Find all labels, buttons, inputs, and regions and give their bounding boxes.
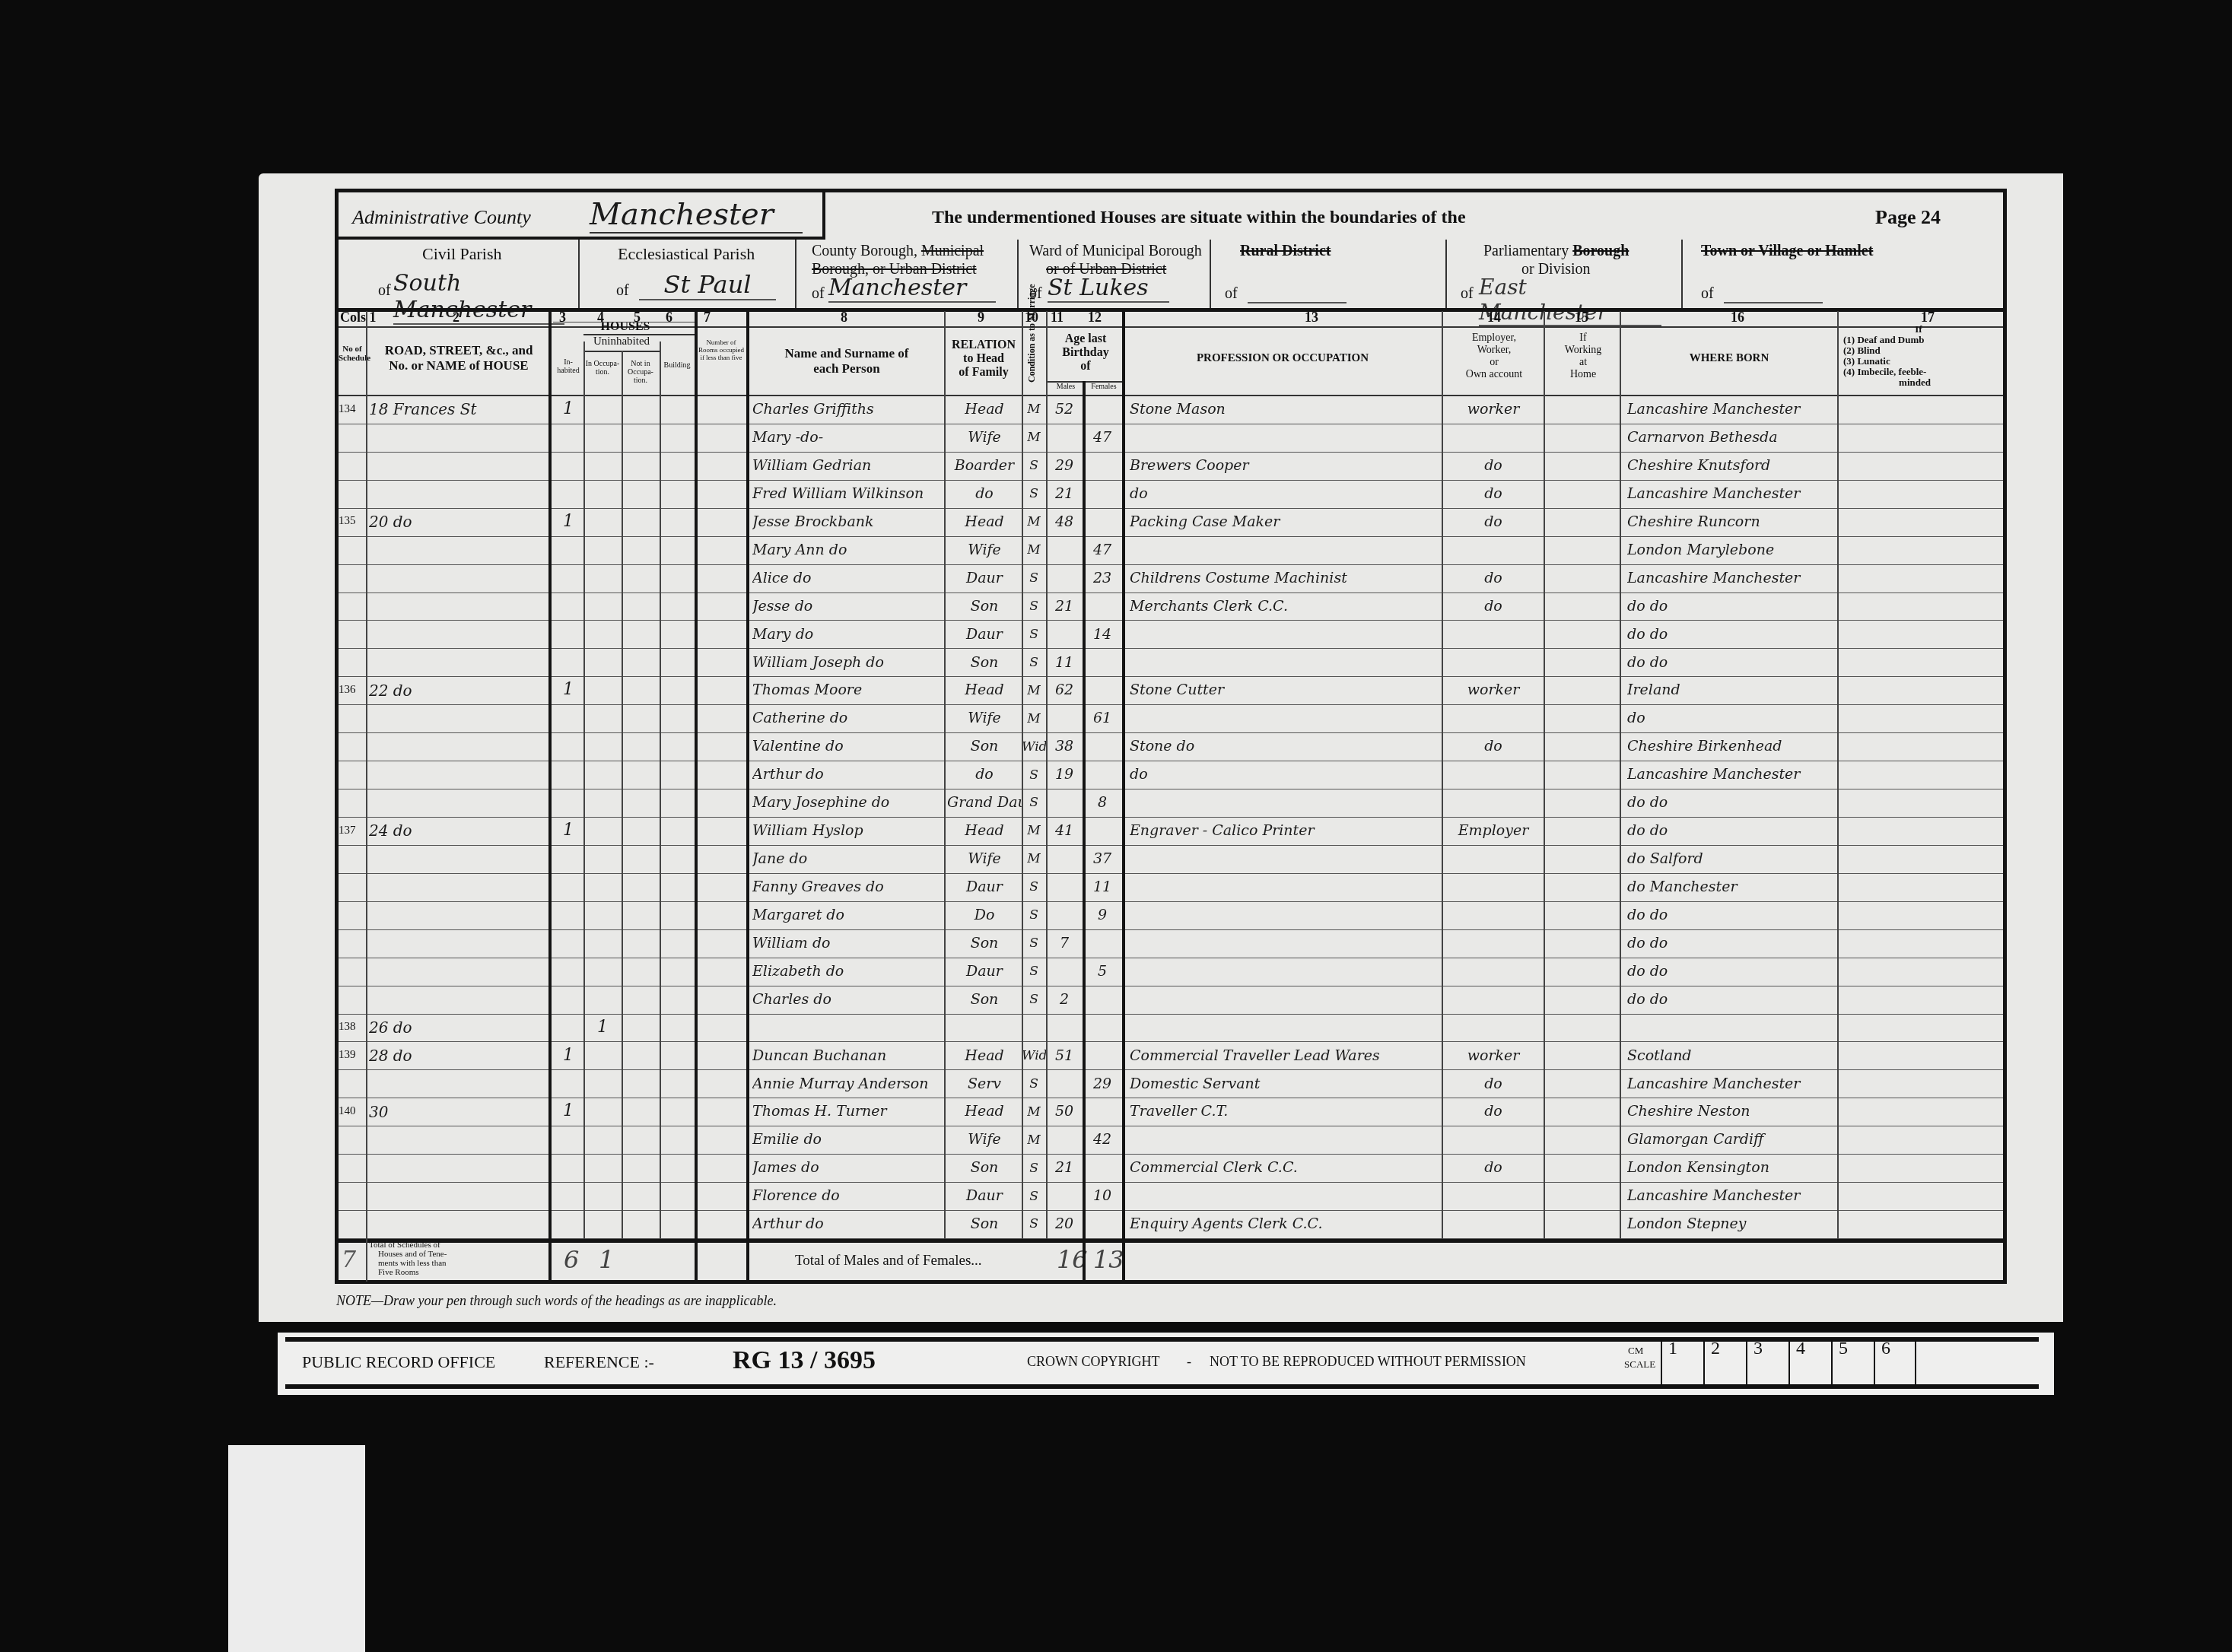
ward-field: Ward of Municipal Borough or of Urban Di… xyxy=(1016,240,1211,308)
table-row: Elizabeth doDaurS5do do xyxy=(339,958,2003,986)
table-row: Annie Murray AndersonServS29Domestic Ser… xyxy=(339,1070,2003,1098)
cell-born: do do xyxy=(1627,598,1837,615)
parliamentary-label: Parliamentary Borough xyxy=(1483,243,1629,260)
cell-name: Mary do xyxy=(752,626,944,643)
cell-born: Lancashire Manchester xyxy=(1627,1187,1837,1204)
admin-county-box: Administrative County Manchester xyxy=(339,192,825,240)
col-number: 11 xyxy=(1051,310,1064,326)
banner-notice: NOT TO BE REPRODUCED WITHOUT PERMISSION xyxy=(1210,1354,1526,1370)
table-row: Florence doDaurS10Lancashire Manchester xyxy=(339,1183,2003,1211)
cell-schedule: 134 xyxy=(339,403,366,416)
cell-relation: Son xyxy=(947,1159,1022,1176)
cell-employer: Employer xyxy=(1443,822,1544,839)
cell-relation: Son xyxy=(947,738,1022,755)
cell-female-age: 42 xyxy=(1083,1131,1122,1148)
header-relation-3: of Family xyxy=(946,366,1022,380)
cell-relation: Do xyxy=(947,907,1022,923)
table-row: Jesse doSonS21Merchants Clerk C.C.dodo d… xyxy=(339,593,2003,621)
col-number: 8 xyxy=(841,310,847,326)
cell-condition: S xyxy=(1022,907,1046,923)
cell-name: Duncan Buchanan xyxy=(752,1047,944,1064)
column-line xyxy=(1442,311,1443,1239)
header-age-3: of xyxy=(1048,360,1124,373)
table-row: James doSonS21Commercial Clerk C.C.doLon… xyxy=(339,1155,2003,1183)
cell-address: 24 do xyxy=(369,821,548,840)
cell-occupation: Commercial Clerk C.C. xyxy=(1130,1159,1442,1176)
scale-mark: 1 xyxy=(1661,1339,1703,1389)
cell-born: do Manchester xyxy=(1627,878,1837,895)
cell-condition: M xyxy=(1022,402,1046,417)
cell-name: Jesse do xyxy=(752,598,944,615)
cell-condition: S xyxy=(1022,599,1046,614)
cell-occupation: Traveller C.T. xyxy=(1130,1103,1442,1120)
cell-name: Fred William Wilkinson xyxy=(752,485,944,502)
census-form: Administrative County Manchester The und… xyxy=(335,189,2007,1284)
cell-occupation: Stone Cutter xyxy=(1130,681,1442,698)
cell-relation: Wife xyxy=(947,542,1022,558)
county-borough-prefix: of xyxy=(812,285,825,303)
scale-label: CM xyxy=(1628,1345,1643,1357)
cell-occupation: Brewers Cooper xyxy=(1130,457,1442,474)
header-in-occupation: In Occupa-tion. xyxy=(583,360,622,376)
table-row: Alice doDaurS23Childrens Costume Machini… xyxy=(339,565,2003,593)
column-line xyxy=(695,311,698,1282)
column-line xyxy=(944,311,946,1239)
table-row: William Joseph doSonS11do do xyxy=(339,649,2003,677)
column-line xyxy=(1620,311,1621,1239)
header-home: If xyxy=(1545,332,1621,345)
cell-occupation: do xyxy=(1130,485,1442,502)
table-row: Jane doWifeM37do Salford xyxy=(339,846,2003,874)
cell-name: Emilie do xyxy=(752,1131,944,1148)
rural-district-line xyxy=(1248,302,1347,303)
cell-name: Charles do xyxy=(752,991,944,1008)
header-condition: Condition as to Marriage xyxy=(1026,322,1038,383)
cell-inhabited: 1 xyxy=(553,680,583,699)
cell-occupation: Stone Mason xyxy=(1130,401,1442,418)
cell-born: Lancashire Manchester xyxy=(1627,570,1837,586)
header-employer-2: Worker, xyxy=(1443,345,1545,357)
cell-condition: S xyxy=(1022,1189,1046,1204)
header-name-2: each Person xyxy=(749,361,944,376)
cell-relation: Head xyxy=(947,822,1022,839)
cell-schedule: 139 xyxy=(339,1049,366,1062)
cell-condition: M xyxy=(1022,1104,1046,1120)
header-road: ROAD, STREET, &c., and xyxy=(369,343,548,358)
cell-relation: Son xyxy=(947,935,1022,951)
cell-male-age: 21 xyxy=(1046,1159,1083,1176)
column-line xyxy=(622,351,623,1239)
census-page: Administrative County Manchester The und… xyxy=(259,173,2063,1322)
cell-condition: S xyxy=(1022,795,1046,810)
cell-male-age: 51 xyxy=(1046,1047,1083,1064)
cell-condition: S xyxy=(1022,767,1046,783)
cell-occupation: do xyxy=(1130,766,1442,783)
cell-inhabited: 1 xyxy=(553,399,583,418)
cell-relation: Wife xyxy=(947,429,1022,446)
table-row: Margaret doDoS9do do xyxy=(339,902,2003,930)
town-line xyxy=(1724,302,1823,303)
cell-occupation: Engraver - Calico Printer xyxy=(1130,822,1442,839)
table-row: William doSonS7do do xyxy=(339,930,2003,958)
divider xyxy=(1048,381,1124,383)
table-row: Mary Josephine doGrand DaurS8do do xyxy=(339,789,2003,818)
totals-inhabited: 6 xyxy=(564,1245,579,1274)
cell-relation: Son xyxy=(947,654,1022,671)
district-row: Civil Parish of South Manchester Ecclesi… xyxy=(339,240,2003,308)
cell-relation: Wife xyxy=(947,1131,1022,1148)
cell-name: Thomas H. Turner xyxy=(752,1103,944,1120)
cell-born: do Salford xyxy=(1627,850,1837,867)
cell-employer: do xyxy=(1443,457,1544,474)
cell-born: Lancashire Manchester xyxy=(1627,766,1837,783)
cell-condition: S xyxy=(1022,936,1046,951)
cell-name: Elizabeth do xyxy=(752,963,944,980)
header-males: Males xyxy=(1048,383,1084,391)
header-inhabited: In-habited xyxy=(553,358,583,375)
cell-address: 22 do xyxy=(369,681,548,700)
column-line xyxy=(583,342,585,1239)
civil-parish-label: Civil Parish xyxy=(422,244,502,264)
ward-label: Ward of Municipal Borough xyxy=(1029,243,1202,260)
col-number: 12 xyxy=(1088,310,1102,326)
banner-copyright: CROWN COPYRIGHT xyxy=(1027,1354,1160,1370)
cell-employer: do xyxy=(1443,485,1544,502)
cell-address: 28 do xyxy=(369,1047,548,1065)
col-number: 15 xyxy=(1575,310,1588,326)
column-line xyxy=(1022,311,1023,1239)
form-note: NOTE—Draw your pen through such words of… xyxy=(336,1293,777,1309)
cell-condition: Wid xyxy=(1022,739,1046,755)
column-line xyxy=(1083,381,1086,1282)
header-occupation: PROFESSION OR OCCUPATION xyxy=(1124,352,1442,365)
cell-born: Glamorgan Cardiff xyxy=(1627,1131,1837,1148)
ward-value: St Lukes xyxy=(1048,275,1169,303)
cell-male-age: 52 xyxy=(1046,401,1083,418)
table-row: 13622 do1Thomas MooreHeadM62Stone Cutter… xyxy=(339,677,2003,705)
table-row: Catherine doWifeM61do xyxy=(339,705,2003,733)
admin-county-value: Manchester xyxy=(590,197,803,234)
scale-mark-label: 2 xyxy=(1711,1339,1720,1358)
cell-name: Mary Ann do xyxy=(752,542,944,558)
table-row: 13928 do1Duncan BuchananHeadWid51Commerc… xyxy=(339,1042,2003,1070)
cell-condition: S xyxy=(1022,1076,1046,1091)
cell-relation: Daur xyxy=(947,626,1022,643)
cell-employer: do xyxy=(1443,598,1544,615)
cell-name: William Gedrian xyxy=(752,457,944,474)
cell-female-age: 47 xyxy=(1083,542,1122,558)
cell-female-age: 29 xyxy=(1083,1075,1122,1092)
table-row: 13418 Frances St1Charles GriffithsHeadM5… xyxy=(339,396,2003,424)
scale-mark: 2 xyxy=(1703,1339,1746,1389)
cell-schedule: 135 xyxy=(339,515,366,528)
parliamentary-prefix: of xyxy=(1461,285,1474,303)
cell-relation: Head xyxy=(947,681,1022,698)
cell-born: London Marylebone xyxy=(1627,542,1837,558)
cell-female-age: 14 xyxy=(1083,626,1122,643)
cell-female-age: 9 xyxy=(1083,907,1122,923)
town-field: Town or Village or Hamlet of xyxy=(1681,240,2001,308)
column-line xyxy=(1122,311,1125,1282)
table-row: Mary Ann doWifeM47London Marylebone xyxy=(339,537,2003,565)
cell-condition: M xyxy=(1022,851,1046,866)
cell-employer: worker xyxy=(1443,681,1544,698)
cell-condition: S xyxy=(1022,570,1046,586)
header-schedule: No of Schedule xyxy=(339,345,366,363)
cell-relation: Daur xyxy=(947,1187,1022,1204)
cell-born: Cheshire Knutsford xyxy=(1627,457,1837,474)
table-row: Fred William WilkinsondoS21dodoLancashir… xyxy=(339,481,2003,509)
cell-schedule: 137 xyxy=(339,824,366,837)
header-uninhabited: Uninhabited xyxy=(583,335,660,348)
cell-born: Cheshire Runcorn xyxy=(1627,513,1837,530)
cell-name: William Joseph do xyxy=(752,654,944,671)
cell-inhabited: 1 xyxy=(553,1046,583,1065)
cell-born: do do xyxy=(1627,935,1837,951)
cell-name: Catherine do xyxy=(752,710,944,726)
totals-label: Five Rooms xyxy=(378,1268,418,1277)
scale-mark-label: 5 xyxy=(1839,1339,1848,1358)
cell-male-age: 21 xyxy=(1046,485,1083,502)
rural-district-field: Rural District of xyxy=(1210,240,1447,308)
banner-reference-label: REFERENCE :- xyxy=(544,1352,654,1372)
cell-male-age: 20 xyxy=(1046,1215,1083,1232)
cell-condition: M xyxy=(1022,683,1046,698)
totals-label: Total of Schedules of xyxy=(369,1241,440,1250)
totals-females: 13 xyxy=(1093,1245,1124,1274)
cell-name: William Hyslop xyxy=(752,822,944,839)
cell-relation: Son xyxy=(947,991,1022,1008)
table-row: 140301Thomas H. TurnerHeadM50Traveller C… xyxy=(339,1098,2003,1126)
cell-female-age: 5 xyxy=(1083,963,1122,980)
cell-address: 20 do xyxy=(369,513,548,531)
table-row: Fanny Greaves doDaurS11do Manchester xyxy=(339,874,2003,902)
cell-condition: S xyxy=(1022,1161,1046,1176)
cell-employer: worker xyxy=(1443,401,1544,418)
col-number: 7 xyxy=(704,310,711,326)
cell-name: Charles Griffiths xyxy=(752,401,944,418)
cell-condition: S xyxy=(1022,655,1046,670)
cell-address: 18 Frances St xyxy=(369,400,548,418)
cell-name: Thomas Moore xyxy=(752,681,944,698)
header-relation: RELATION xyxy=(946,338,1022,352)
header-females: Females xyxy=(1084,383,1124,391)
header-home-4: Home xyxy=(1545,369,1621,381)
table-row: Valentine doSonWid38Stone dodoCheshire B… xyxy=(339,733,2003,761)
header-relation-2: to Head xyxy=(946,352,1022,366)
cell-male-age: 29 xyxy=(1046,457,1083,474)
ecclesiastical-parish-field: Ecclesiastical Parish of St Paul xyxy=(578,240,787,308)
cell-born: Ireland xyxy=(1627,681,1837,698)
cell-condition: S xyxy=(1022,964,1046,979)
county-borough-label-text: County Borough, xyxy=(812,243,921,259)
table-row: Emilie doWifeM42Glamorgan Cardiff xyxy=(339,1126,2003,1155)
column-line xyxy=(366,311,367,1282)
cell-female-age: 47 xyxy=(1083,429,1122,446)
cell-employer: do xyxy=(1443,738,1544,755)
cell-female-age: 11 xyxy=(1083,878,1122,895)
cell-born: Cheshire Birkenhead xyxy=(1627,738,1837,755)
rural-district-label: Rural District xyxy=(1240,243,1331,260)
divider xyxy=(553,322,698,322)
parliamentary-label-struck: Borough xyxy=(1572,243,1629,259)
cell-relation: Daur xyxy=(947,570,1022,586)
cell-relation: do xyxy=(947,485,1022,502)
cell-occupation: Merchants Clerk C.C. xyxy=(1130,598,1442,615)
cell-name: William do xyxy=(752,935,944,951)
cell-male-age: 11 xyxy=(1046,654,1083,671)
table-row: 13724 do1William HyslopHeadM41Engraver -… xyxy=(339,818,2003,846)
cell-male-age: 21 xyxy=(1046,598,1083,615)
scale-mark: 6 xyxy=(1874,1339,1916,1389)
cell-occupation: Childrens Costume Machinist xyxy=(1130,570,1442,586)
cell-condition: M xyxy=(1022,430,1046,445)
county-borough-value: Manchester xyxy=(828,275,996,303)
cell-condition: S xyxy=(1022,458,1046,473)
totals-uninhabited: 1 xyxy=(599,1245,614,1274)
cell-male-age: 2 xyxy=(1046,991,1083,1008)
scale-mark: 5 xyxy=(1831,1339,1874,1389)
cell-female-age: 37 xyxy=(1083,850,1122,867)
county-borough-label-struck: Municipal xyxy=(921,243,984,259)
cell-male-age: 41 xyxy=(1046,822,1083,839)
cell-occupation: Commercial Traveller Lead Wares xyxy=(1130,1047,1442,1064)
cell-born: Carnarvon Bethesda xyxy=(1627,429,1837,446)
cell-inhabited: 1 xyxy=(553,512,583,531)
cell-condition: M xyxy=(1022,823,1046,838)
reference-banner: PUBLIC RECORD OFFICE REFERENCE :- RG 13 … xyxy=(278,1333,2054,1395)
ecclesiastical-parish-prefix: of xyxy=(616,282,629,300)
cell-employer: do xyxy=(1443,1075,1544,1092)
cell-occupation: Stone do xyxy=(1130,738,1442,755)
parliamentary-field: Parliamentary Borough or Division of Eas… xyxy=(1445,240,1683,308)
cell-name: Mary -do- xyxy=(752,429,944,446)
cell-name: Margaret do xyxy=(752,907,944,923)
civil-parish-field: Civil Parish of South Manchester xyxy=(339,240,580,308)
column-header-row: No of Schedule ROAD, STREET, &c., and No… xyxy=(339,328,2003,395)
cell-schedule: 140 xyxy=(339,1105,366,1118)
cell-address: 30 xyxy=(369,1103,548,1121)
cell-relation: Wife xyxy=(947,710,1022,726)
table-row: Charles doSonS2do do xyxy=(339,986,2003,1015)
cell-born: do do xyxy=(1627,822,1837,839)
scale-mark-label: 1 xyxy=(1668,1339,1677,1358)
table-row: William GedrianBoarderS29Brewers Cooperd… xyxy=(339,453,2003,481)
admin-county-label: Administrative County xyxy=(352,206,531,229)
cell-occupation: Domestic Servant xyxy=(1130,1075,1442,1092)
header-home-2: Working xyxy=(1545,345,1621,357)
scale-mark-label: 6 xyxy=(1881,1339,1890,1358)
cell-uninhab-occ: 1 xyxy=(583,1018,622,1037)
cell-male-age: 38 xyxy=(1046,738,1083,755)
col-number: 14 xyxy=(1487,310,1501,326)
cell-name: Jane do xyxy=(752,850,944,867)
cell-relation: Head xyxy=(947,401,1022,418)
col-number: Cols 1 xyxy=(340,310,377,326)
column-line xyxy=(746,311,749,1282)
cell-male-age: 19 xyxy=(1046,766,1083,783)
cell-condition: M xyxy=(1022,711,1046,726)
header-road-2: No. or NAME of HOUSE xyxy=(369,358,548,373)
table-row: Arthur dodoS19doLancashire Manchester xyxy=(339,761,2003,789)
cell-relation: Daur xyxy=(947,878,1022,895)
table-row: Mary -do-WifeM47Carnarvon Bethesda xyxy=(339,424,2003,453)
cell-male-age: 50 xyxy=(1046,1103,1083,1120)
cell-relation: Grand Daur xyxy=(947,794,1022,811)
column-line xyxy=(1837,311,1839,1239)
cell-employer: do xyxy=(1443,570,1544,586)
cell-female-age: 8 xyxy=(1083,794,1122,811)
scale-mark-label: 4 xyxy=(1796,1339,1805,1358)
col-number: 13 xyxy=(1305,310,1318,326)
cell-relation: do xyxy=(947,766,1022,783)
cell-relation: Daur xyxy=(947,963,1022,980)
cell-born: Scotland xyxy=(1627,1047,1837,1064)
ecclesiastical-parish-value: St Paul xyxy=(639,270,776,300)
column-line xyxy=(660,342,661,1239)
table-row: Mary doDaurS14do do xyxy=(339,621,2003,649)
cell-condition: M xyxy=(1022,1133,1046,1148)
totals-label: ments with less than xyxy=(378,1259,447,1268)
cell-employer: worker xyxy=(1443,1047,1544,1064)
cell-relation: Son xyxy=(947,598,1022,615)
page-number: 24 xyxy=(1921,206,1941,228)
cell-name: Mary Josephine do xyxy=(752,794,944,811)
header-name: Name and Surname of xyxy=(749,346,944,361)
cell-name: Jesse Brockbank xyxy=(752,513,944,530)
page-label: Page 24 xyxy=(1875,206,1941,229)
cell-condition: S xyxy=(1022,627,1046,642)
cell-name: Annie Murray Anderson xyxy=(752,1075,944,1092)
cell-schedule: 138 xyxy=(339,1021,366,1034)
cell-relation: Wife xyxy=(947,850,1022,867)
cell-born: Lancashire Manchester xyxy=(1627,1075,1837,1092)
cell-male-age: 7 xyxy=(1046,935,1083,951)
cell-employer: do xyxy=(1443,1103,1544,1120)
header-infirm-5: minded xyxy=(1839,376,1991,389)
civil-parish-prefix: of xyxy=(378,282,391,300)
cell-relation: Head xyxy=(947,1047,1022,1064)
cell-relation: Serv xyxy=(947,1075,1022,1092)
cell-employer: do xyxy=(1443,513,1544,530)
cell-condition: S xyxy=(1022,992,1046,1007)
cell-relation: Head xyxy=(947,513,1022,530)
cell-condition: S xyxy=(1022,879,1046,894)
header-where-born: WHERE BORN xyxy=(1621,352,1837,365)
banner-separator: - xyxy=(1187,1354,1191,1370)
cell-employer: do xyxy=(1443,1159,1544,1176)
header-employer: Employer, xyxy=(1443,332,1545,345)
town-prefix: of xyxy=(1701,285,1714,303)
cell-female-age: 23 xyxy=(1083,570,1122,586)
header-building: Building xyxy=(660,361,695,370)
county-borough-field: County Borough, Municipal Borough, or Ur… xyxy=(795,240,1019,308)
header-employer-3: or xyxy=(1443,357,1545,369)
cell-name: Valentine do xyxy=(752,738,944,755)
cell-address: 26 do xyxy=(369,1018,548,1037)
cell-name: Florence do xyxy=(752,1187,944,1204)
cell-born: do do xyxy=(1627,654,1837,671)
cell-born: London Stepney xyxy=(1627,1215,1837,1232)
cell-name: Alice do xyxy=(752,570,944,586)
county-borough-label: County Borough, Municipal xyxy=(812,243,984,260)
col-number: 9 xyxy=(978,310,984,326)
header-employer-4: Own account xyxy=(1443,369,1545,381)
cell-occupation: Packing Case Maker xyxy=(1130,513,1442,530)
cell-condition: M xyxy=(1022,542,1046,558)
cell-inhabited: 1 xyxy=(553,1101,583,1120)
cell-male-age: 62 xyxy=(1046,681,1083,698)
